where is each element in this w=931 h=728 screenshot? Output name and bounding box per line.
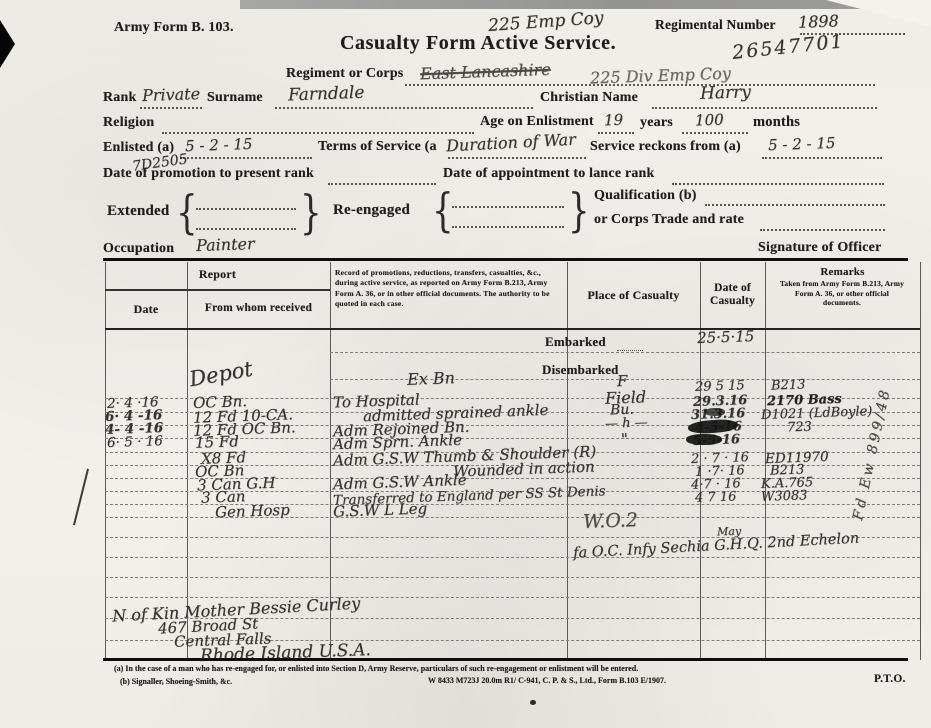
footnote-a: (a) In the case of a man who has re-enga… <box>114 664 638 673</box>
dotted-leader <box>275 105 533 109</box>
embarked-date-handwriting: 25·5·15 <box>697 327 755 347</box>
surname-label: Surname <box>207 90 263 106</box>
row-record: Ex Bn <box>407 368 455 389</box>
christian-name-label: Christian Name <box>540 90 638 106</box>
row-remarks: 723 <box>787 420 812 436</box>
regiment-label: Regiment or Corps <box>286 66 403 82</box>
dotted-leader <box>196 206 296 210</box>
footnote-b: (b) Signaller, Shoeing-Smith, &c. <box>120 677 232 686</box>
signature-of-officer-label: Signature of Officer <box>758 240 882 256</box>
christian-name-handwriting: Harry <box>700 82 751 104</box>
regimental-number-label: Regimental Number <box>655 17 776 33</box>
religion-label: Religion <box>103 115 154 131</box>
section-rule <box>103 258 908 261</box>
report-divider <box>105 289 330 291</box>
regimental-number-handwriting: 1898 <box>798 11 839 31</box>
from-whom-column-header: From whom received <box>187 302 330 314</box>
dotted-leader <box>452 204 564 208</box>
regimental-number-2-handwriting: 26547701 <box>731 30 845 64</box>
row-date: 6· 5 · 16 <box>107 433 163 451</box>
dotted-leader <box>598 130 634 134</box>
left-brace: { <box>432 184 454 238</box>
date-column-header: Date <box>105 302 187 317</box>
row-from: Gen Hosp <box>215 501 290 522</box>
rule-line <box>105 557 920 558</box>
dotted-leader <box>617 348 643 351</box>
reengaged-label: Re-engaged <box>333 202 410 219</box>
scan-top-band <box>240 0 931 9</box>
enlisted-date-handwriting: 5 - 2 - 15 <box>185 135 253 155</box>
dotted-leader <box>452 224 564 228</box>
dotted-leader <box>328 181 436 185</box>
age-years-handwriting: 19 <box>604 111 624 130</box>
months-label: months <box>753 114 800 131</box>
row-record: G.S.W L Leg <box>333 499 428 520</box>
scanned-casualty-form: Army Form B. 103. 225 Emp Coy Regimental… <box>0 0 931 728</box>
report-header: Report <box>105 267 330 282</box>
row-from: Depot <box>187 357 254 392</box>
row-remarks: D1021 (LdBoyle) <box>761 404 873 423</box>
dotted-leader <box>196 226 296 230</box>
remarks-header-title: Remarks <box>765 266 920 278</box>
age-months-handwriting: 100 <box>695 111 724 130</box>
right-brace: } <box>300 186 322 240</box>
scan-left-corner-mark <box>0 20 15 68</box>
dotted-leader <box>705 202 885 206</box>
row-remarks: W3083 <box>761 488 808 505</box>
rank-handwriting: Private <box>142 84 201 105</box>
casualty-date-header-2: Casualty <box>700 295 765 307</box>
row-note: May <box>717 525 741 539</box>
reckons-date-handwriting: 5 - 2 - 15 <box>768 134 836 154</box>
form-number: Army Form B. 103. <box>114 20 234 36</box>
dotted-leader <box>140 105 202 109</box>
remarks-header-sub: Taken from Army Form B.213, Army Form A.… <box>777 279 907 308</box>
dotted-leader <box>762 155 882 159</box>
corps-trade-label: or Corps Trade and rate <box>594 212 744 228</box>
dotted-leader <box>180 155 312 159</box>
terms-of-service-label: Terms of Service (a <box>318 139 437 155</box>
scan-speck <box>530 700 536 705</box>
lance-rank-label: Date of appointment to lance rank <box>443 166 655 182</box>
casualty-date-header-1: Date of <box>700 282 765 294</box>
row-remarks: B213 <box>771 377 806 393</box>
left-brace: { <box>176 186 198 240</box>
extended-label: Extended <box>107 203 169 220</box>
regiment-struck-handwriting: East Lancashire <box>420 60 551 84</box>
table-header-bottom-rule <box>105 328 920 330</box>
page-title: Casualty Form Active Service. <box>340 32 616 55</box>
table-bottom-rule <box>103 658 908 661</box>
place-column-header: Place of Casualty <box>567 288 700 303</box>
dotted-leader <box>760 227 885 231</box>
record-column-header: Record of promotions, reductions, transf… <box>335 268 561 309</box>
dotted-leader <box>448 155 586 159</box>
table-border <box>187 262 188 660</box>
ink-blot <box>705 408 725 416</box>
occupation-handwriting: Painter <box>196 234 255 255</box>
table-border <box>105 262 106 660</box>
years-label: years <box>640 115 673 131</box>
row-casualty-date: 4 7 16 <box>695 489 737 505</box>
service-reckons-label: Service reckons from (a) <box>590 139 741 155</box>
print-code: W 8433 M723J 20.0m R1/ C-941, C. P. & S.… <box>428 676 666 685</box>
ink-blot <box>686 434 722 445</box>
rule-line <box>330 352 920 353</box>
dotted-leader <box>672 181 884 185</box>
qualification-label: Qualification (b) <box>594 188 697 204</box>
right-brace: } <box>568 184 590 238</box>
rank-label: Rank <box>103 90 136 106</box>
rule-line <box>105 577 920 578</box>
promotion-label: Date of promotion to present rank <box>103 166 314 182</box>
row-casualty-date: 29 5 15 <box>695 378 745 395</box>
row-place: " <box>621 430 629 448</box>
dotted-leader <box>162 130 474 134</box>
surname-handwriting: Farndale <box>288 83 365 106</box>
row-place: W.O.2 <box>583 509 639 533</box>
dotted-leader <box>652 105 877 109</box>
disembarked-label: Disembarked <box>542 362 619 378</box>
rule-line <box>105 597 920 598</box>
dotted-leader <box>682 130 748 134</box>
pto-label: P.T.O. <box>874 673 906 685</box>
scan-left-stroke <box>73 469 89 526</box>
age-label: Age on Enlistment <box>480 114 594 130</box>
occupation-label: Occupation <box>103 241 174 257</box>
embarked-label: Embarked <box>545 334 606 350</box>
table-border <box>920 262 921 660</box>
